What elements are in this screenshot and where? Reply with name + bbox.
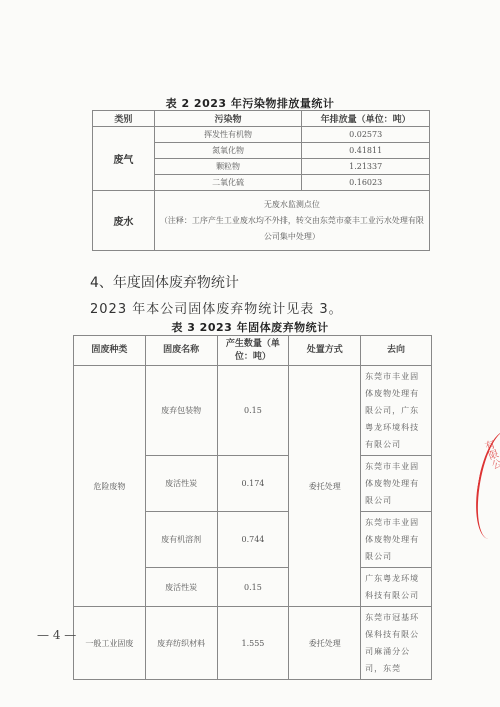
category-waste-gas: 废气 (93, 127, 155, 191)
table-header-row: 固废种类 固废名称 产生数量（单位：吨） 处置方式 去向 (74, 336, 432, 366)
page-number: — 4 — (37, 628, 76, 642)
section-paragraph: 2023 年本公司固体废弃物统计见表 3。 (90, 298, 343, 317)
waste-type-hazardous: 危险废物 (74, 366, 146, 607)
quantity-cell: 1.555 (217, 607, 289, 680)
header-pollutant: 污染物 (154, 111, 302, 127)
quantity-cell: 0.15 (217, 366, 289, 456)
quantity-cell: 0.15 (217, 568, 289, 607)
table-row: 废气 挥发性有机物 0.02573 (93, 127, 430, 143)
waste-type-general: 一般工业固废 (74, 607, 146, 680)
header-category: 类别 (93, 111, 155, 127)
header-quantity: 产生数量（单位：吨） (217, 336, 289, 366)
amount-cell: 1.21337 (302, 159, 430, 175)
table2-caption: 表 2 2023 年污染物排放量统计 (0, 95, 500, 111)
table-header-row: 类别 污染物 年排放量（单位：吨） (93, 111, 430, 127)
disposal-method-cell: 委托处理 (289, 366, 361, 607)
category-waste-water: 废水 (93, 191, 155, 251)
header-amount: 年排放量（单位：吨） (302, 111, 430, 127)
pollutant-cell: 二氧化硫 (154, 175, 302, 191)
header-waste-type: 固废种类 (74, 336, 146, 366)
destination-cell: 东莞市冠基环保科技有限公司麻涌分公司，东莞 (361, 607, 432, 680)
section-heading: 4、年度固体废弃物统计 (90, 272, 239, 292)
table-row: 危险废物 废弃包装物 0.15 委托处理 东莞市丰业固体废物处理有限公司，广东粤… (74, 366, 432, 456)
pollutant-cell: 氮氧化物 (154, 143, 302, 159)
amount-cell: 0.02573 (302, 127, 430, 143)
waste-name-cell: 废有机溶剂 (145, 512, 217, 568)
table-row: 一般工业固废 废弃纺织材料 1.555 委托处理 东莞市冠基环保科技有限公司麻涌… (74, 607, 432, 680)
waste-name-cell: 废弃纺织材料 (145, 607, 217, 680)
header-waste-name: 固废名称 (145, 336, 217, 366)
waste-name-cell: 废弃包装物 (145, 366, 217, 456)
waste-name-cell: 废活性炭 (145, 568, 217, 607)
disposal-method-cell: 委托处理 (289, 607, 361, 680)
quantity-cell: 0.174 (217, 456, 289, 512)
header-destination: 去向 (361, 336, 432, 366)
header-disposal-method: 处置方式 (289, 336, 361, 366)
destination-cell: 东莞市丰业固体废物处理有限公司 (361, 456, 432, 512)
no-monitoring-point: 无废水监测点位 (157, 197, 427, 213)
pollutant-cell: 颗粒物 (154, 159, 302, 175)
destination-cell: 广东粤龙环境科技有限公司 (361, 568, 432, 607)
amount-cell: 0.16023 (302, 175, 430, 191)
waste-water-annotation: （注释：工序产生工业废水均不外排，转交由东莞市豪丰工业污水处理有限公司集中处理） (157, 213, 427, 245)
destination-cell: 东莞市丰业固体废物处理有限公司 (361, 512, 432, 568)
table-row: 废水 无废水监测点位 （注释：工序产生工业废水均不外排，转交由东莞市豪丰工业污水… (93, 191, 430, 251)
solid-waste-table: 固废种类 固废名称 产生数量（单位：吨） 处置方式 去向 危险废物 废弃包装物 … (73, 335, 432, 680)
amount-cell: 0.41811 (302, 143, 430, 159)
quantity-cell: 0.744 (217, 512, 289, 568)
waste-water-note: 无废水监测点位 （注释：工序产生工业废水均不外排，转交由东莞市豪丰工业污水处理有… (154, 191, 429, 251)
destination-cell: 东莞市丰业固体废物处理有限公司，广东粤龙环境科技有限公司 (361, 366, 432, 456)
pollutant-cell: 挥发性有机物 (154, 127, 302, 143)
pollutant-emission-table: 类别 污染物 年排放量（单位：吨） 废气 挥发性有机物 0.02573 氮氧化物… (92, 110, 430, 251)
table3-caption: 表 3 2023 年固体废弃物统计 (0, 319, 500, 335)
waste-name-cell: 废活性炭 (145, 456, 217, 512)
